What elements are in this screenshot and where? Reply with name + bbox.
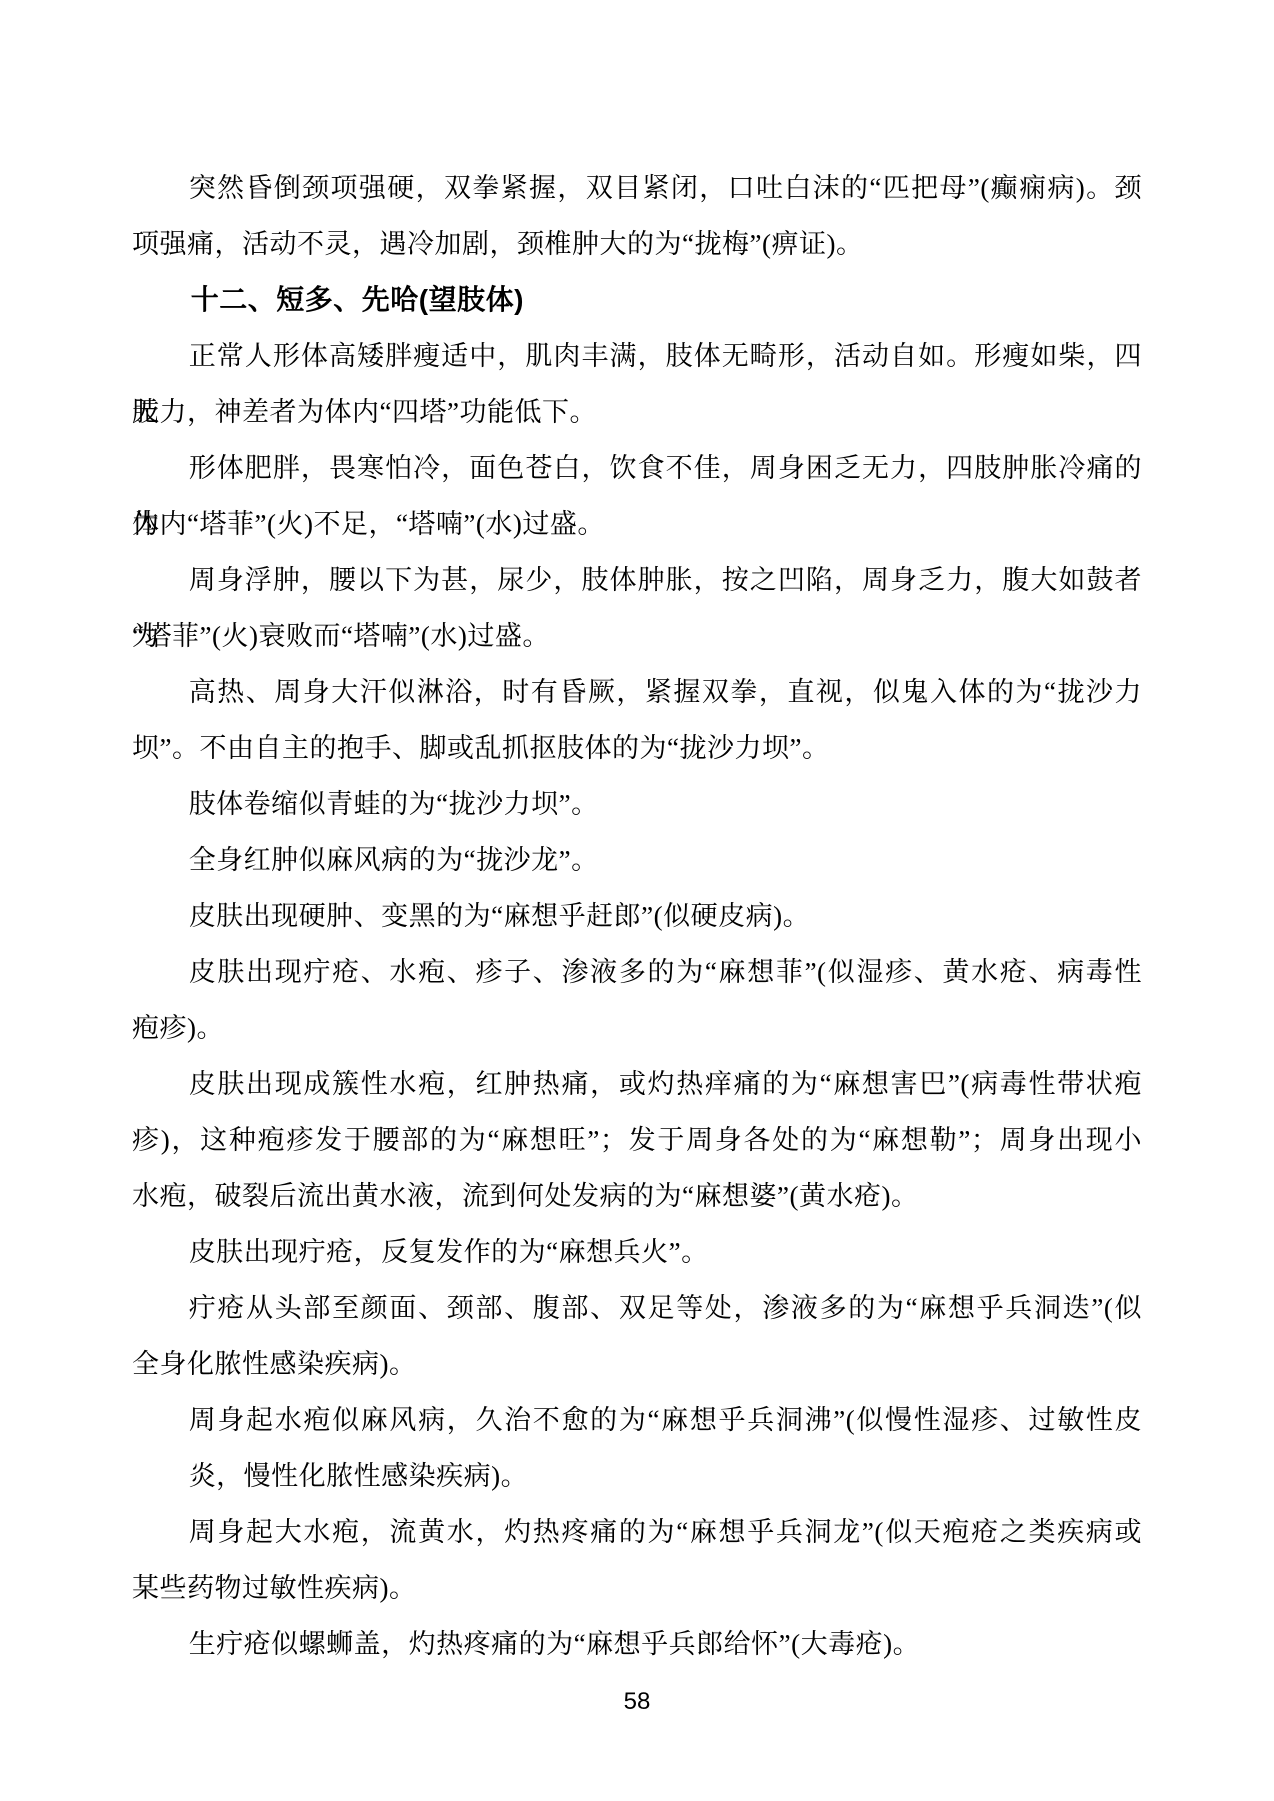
text-content: 突然昏倒颈项强硬，双拳紧握，双目紧闭，口吐白沫的“匹把母”(癫痫病)。颈项强痛，… bbox=[132, 160, 1142, 1672]
text-line: 形体肥胖，畏寒怕冷，面色苍白，饮食不佳，周身困乏无力，四肢肿胀冷痛的为 bbox=[132, 440, 1142, 496]
text-line: 周身起水疱似麻风病，久治不愈的为“麻想乎兵洞沸”(似慢性湿疹、过敏性皮 bbox=[132, 1392, 1142, 1448]
text-line: 体内“塔菲”(火)不足，“塔喃”(水)过盛。 bbox=[132, 496, 1142, 552]
text-line: 皮肤出现疔疮、水疱、疹子、渗液多的为“麻想菲”(似湿疹、黄水疮、病毒性 bbox=[132, 944, 1142, 1000]
text-line: 肢体卷缩似青蛙的为“拢沙力坝”。 bbox=[132, 776, 1142, 832]
section-heading: 十二、短多、先哈(望肢体) bbox=[132, 272, 1142, 328]
text-line: 正常人形体高矮胖瘦适中，肌肉丰满，肢体无畸形，活动自如。形瘦如柴，四肢 bbox=[132, 328, 1142, 384]
text-line: 高热、周身大汗似淋浴，时有昏厥，紧握双拳，直视，似鬼入体的为“拢沙力 bbox=[132, 664, 1142, 720]
text-line: 全身化脓性感染疾病)。 bbox=[132, 1336, 1142, 1392]
text-line: 项强痛，活动不灵，遇冷加剧，颈椎肿大的为“拢梅”(痹证)。 bbox=[132, 216, 1142, 272]
text-line: 皮肤出现硬肿、变黑的为“麻想乎赶郎”(似硬皮病)。 bbox=[132, 888, 1142, 944]
text-line: 周身浮肿，腰以下为甚，尿少，肢体肿胀，按之凹陷，周身乏力，腹大如鼓者为 bbox=[132, 552, 1142, 608]
text-line: 全身红肿似麻风病的为“拢沙龙”。 bbox=[132, 832, 1142, 888]
text-line: 皮肤出现疔疮，反复发作的为“麻想兵火”。 bbox=[132, 1224, 1142, 1280]
text-line: 皮肤出现成簇性水疱，红肿热痛，或灼热痒痛的为“麻想害巴”(病毒性带状疱 bbox=[132, 1056, 1142, 1112]
document-page: 突然昏倒颈项强硬，双拳紧握，双目紧闭，口吐白沫的“匹把母”(癫痫病)。颈项强痛，… bbox=[0, 0, 1274, 1801]
text-line: 坝”。不由自主的抱手、脚或乱抓抠肢体的为“拢沙力坝”。 bbox=[132, 720, 1142, 776]
text-line: 炎，慢性化脓性感染疾病)。 bbox=[132, 1448, 1142, 1504]
text-line: 疹)，这种疱疹发于腰部的为“麻想旺”；发于周身各处的为“麻想勒”；周身出现小 bbox=[132, 1112, 1142, 1168]
text-line: 周身起大水疱，流黄水，灼热疼痛的为“麻想乎兵洞龙”(似天疱疮之类疾病或 bbox=[132, 1504, 1142, 1560]
text-line: “塔菲”(火)衰败而“塔喃”(水)过盛。 bbox=[132, 608, 1142, 664]
text-line: 生疔疮似螺蛳盖，灼热疼痛的为“麻想乎兵郎给怀”(大毒疮)。 bbox=[132, 1616, 1142, 1672]
text-line: 疱疹)。 bbox=[132, 1000, 1142, 1056]
text-line: 突然昏倒颈项强硬，双拳紧握，双目紧闭，口吐白沫的“匹把母”(癫痫病)。颈 bbox=[132, 160, 1142, 216]
page-number: 58 bbox=[0, 1688, 1274, 1716]
text-line: 某些药物过敏性疾病)。 bbox=[132, 1560, 1142, 1616]
text-line: 水疱，破裂后流出黄水液，流到何处发病的为“麻想婆”(黄水疮)。 bbox=[132, 1168, 1142, 1224]
text-line: 疔疮从头部至颜面、颈部、腹部、双足等处，渗液多的为“麻想乎兵洞迭”(似 bbox=[132, 1280, 1142, 1336]
text-line: 无力，神差者为体内“四塔”功能低下。 bbox=[132, 384, 1142, 440]
